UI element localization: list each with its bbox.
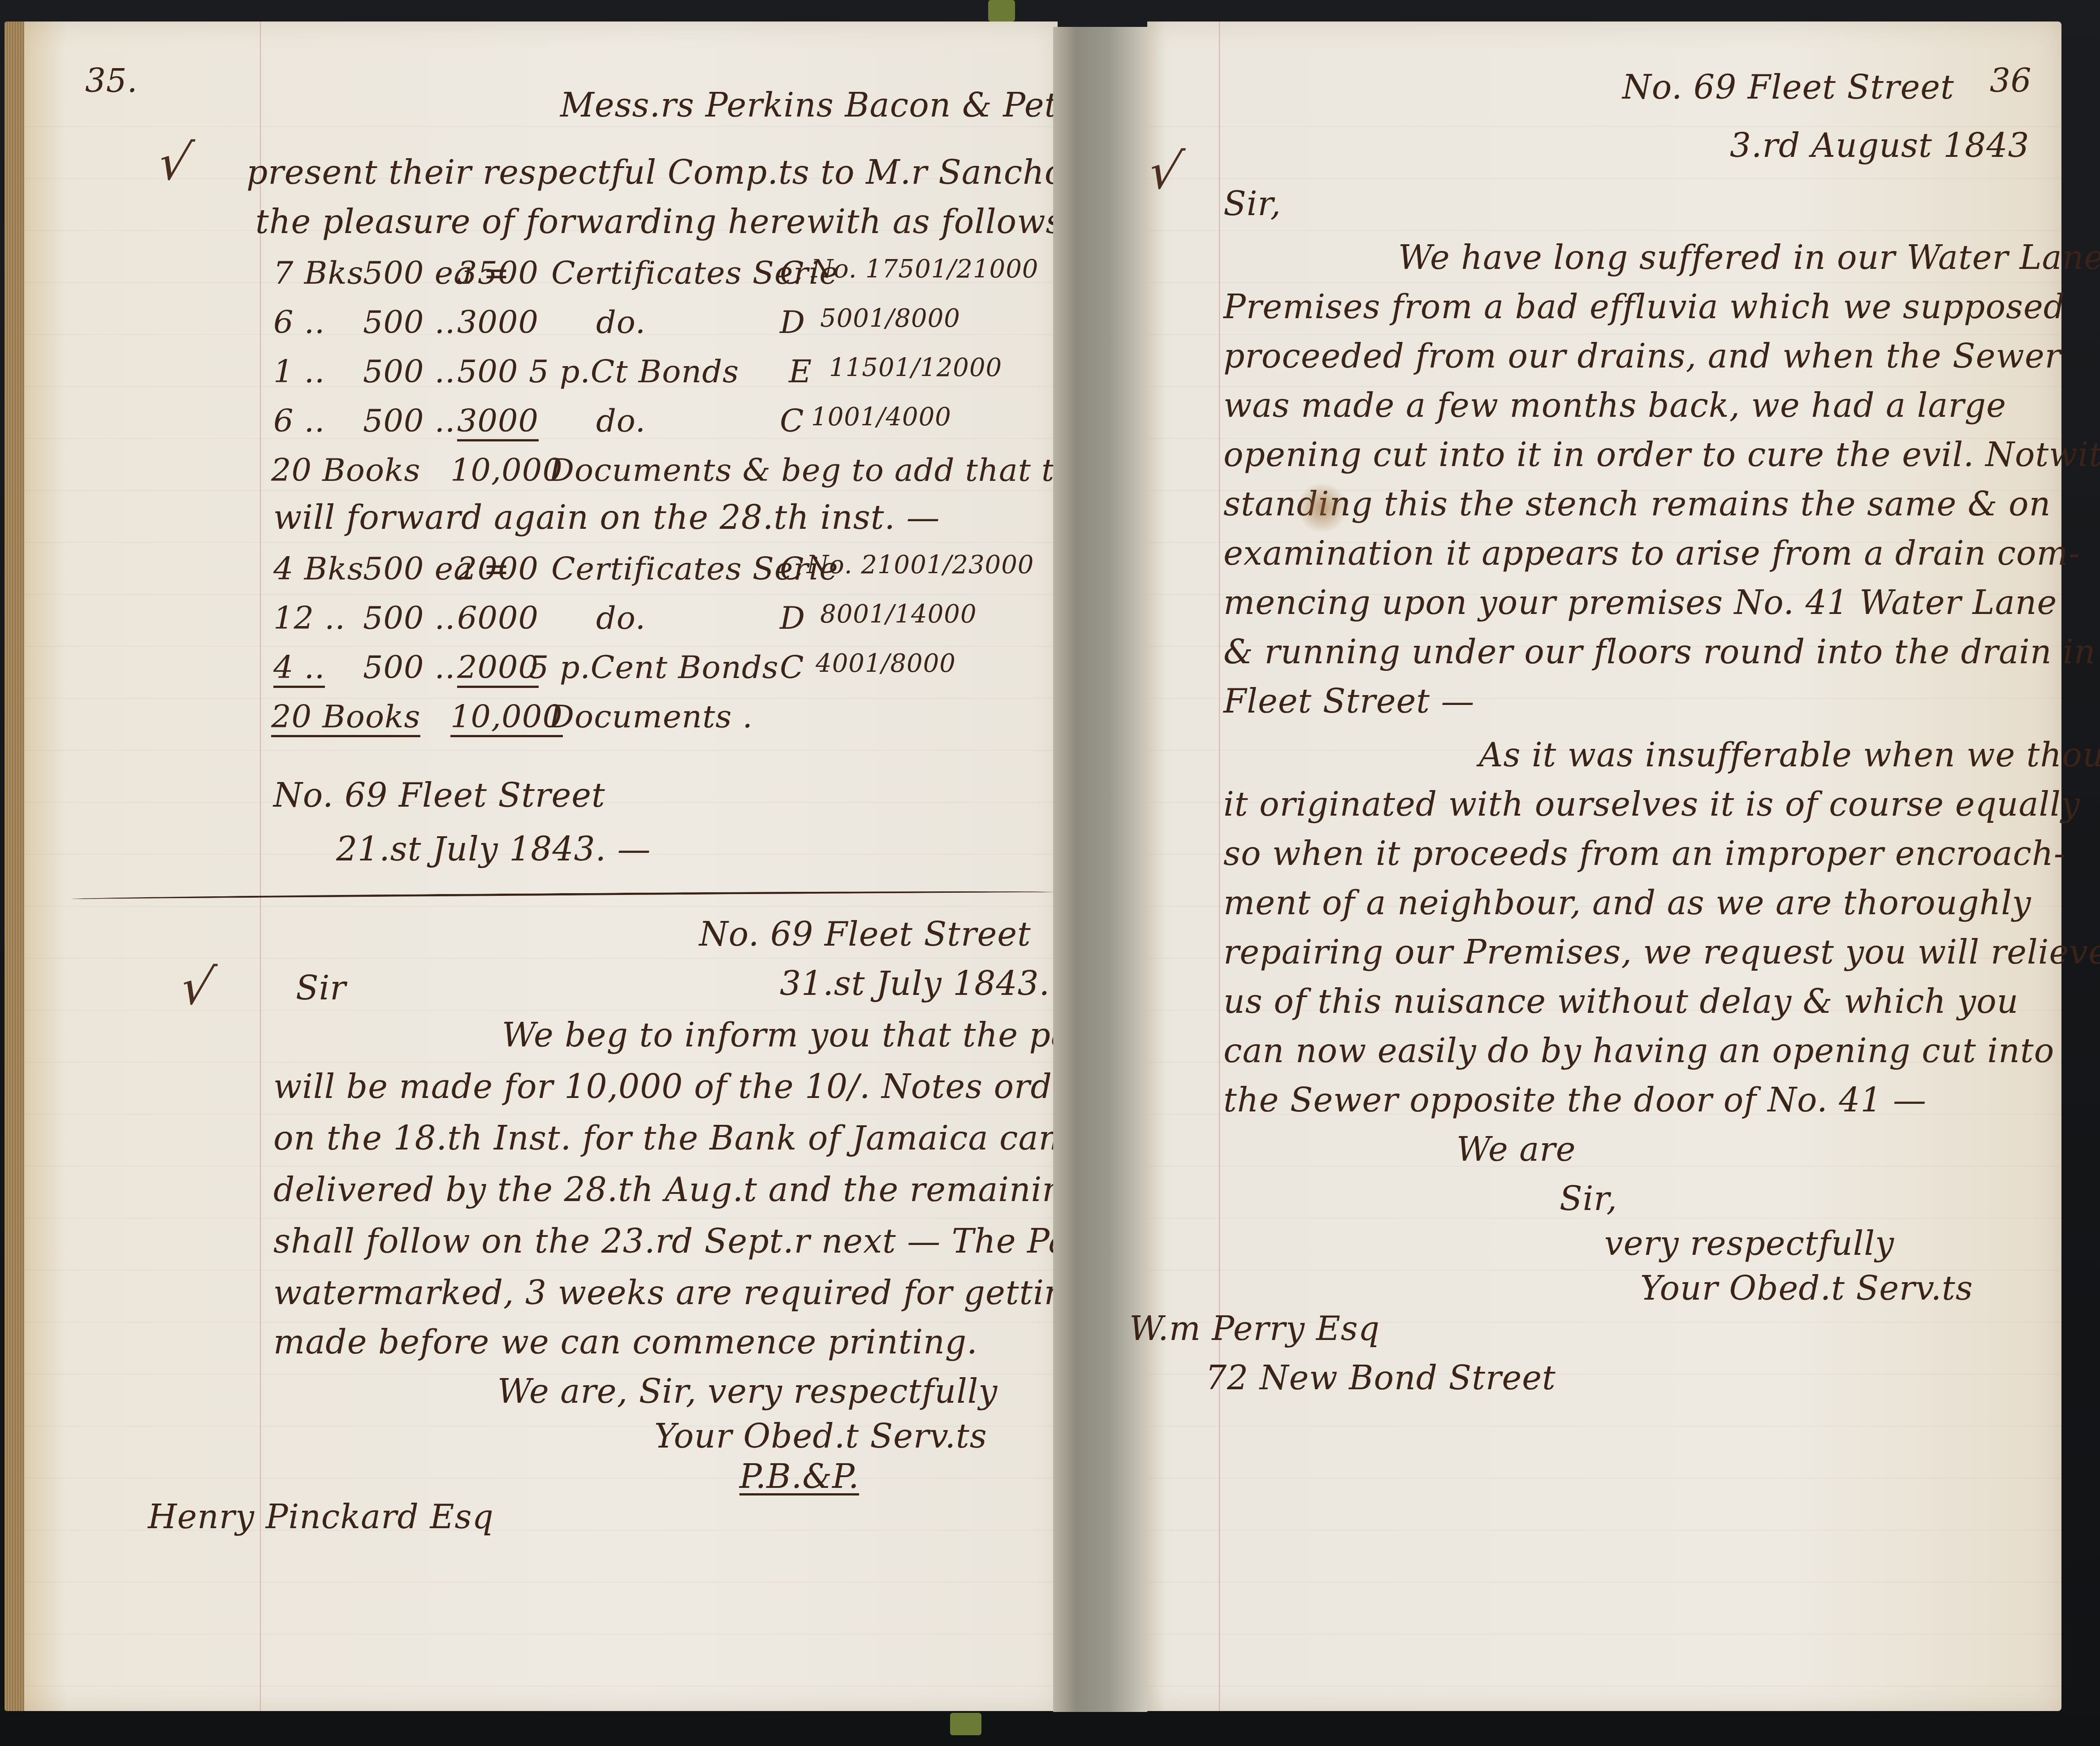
- each: 500 ..: [363, 649, 455, 686]
- body-line: us of this nuisance without delay & whic…: [1223, 985, 2019, 1018]
- margin-rule: [260, 22, 261, 1711]
- body-line: the Sewer opposite the door of No. 41 —: [1223, 1084, 1927, 1117]
- body-line: it originated with ourselves it is of co…: [1223, 788, 2080, 821]
- recipient: Henry Pinckard Esq: [148, 1500, 494, 1534]
- range: 4001/8000: [816, 649, 956, 678]
- margin-rule: [1219, 22, 1220, 1711]
- total: 2000: [457, 550, 539, 587]
- series: C: [780, 402, 804, 439]
- range: 11501/12000: [829, 353, 1002, 382]
- page-number: 36: [1990, 62, 2032, 99]
- body-line: proceeded from our drains, and when the …: [1223, 340, 2061, 373]
- desc: Documents .: [549, 698, 753, 735]
- body-line: Premises from a bad effluvia which we su…: [1223, 290, 2065, 324]
- date: 21.st July 1843. —: [336, 833, 651, 866]
- total: 2000: [457, 649, 539, 688]
- desc: do.: [596, 600, 646, 636]
- total: 500: [457, 353, 519, 390]
- page-edges: [4, 22, 24, 1711]
- closing: We are, Sir, very respectfully: [497, 1375, 998, 1408]
- salutation: Sir,: [1223, 187, 1281, 220]
- body-line: will forward again on the 28.th inst. —: [273, 501, 940, 534]
- recipient-address: 72 New Bond Street: [1206, 1361, 1556, 1395]
- each: 500 ..: [363, 402, 455, 439]
- each: 500 ..: [363, 600, 455, 636]
- qty: 4 Bks: [273, 550, 364, 587]
- address: No. 69 Fleet Street: [273, 779, 605, 812]
- body-line: the pleasure of forwarding herewith as f…: [255, 205, 1133, 238]
- series: D: [780, 600, 805, 636]
- desc: 5 p.Cent Bonds: [529, 649, 779, 686]
- qty: 4 ..: [273, 649, 325, 688]
- recipient: W.m Perry Esq: [1129, 1312, 1380, 1345]
- entry-heading: Mess.rs Perkins Bacon & Petch: [560, 89, 1099, 122]
- body-line: on the 18.th Inst. for the Bank of Jamai…: [273, 1122, 1113, 1155]
- desc: do.: [596, 304, 646, 341]
- closing: very respectfully: [1604, 1227, 1894, 1260]
- salutation: Sir: [296, 972, 346, 1005]
- range: 8001/14000: [820, 600, 977, 629]
- range: 1001/4000: [811, 402, 951, 432]
- series: C: [780, 550, 804, 587]
- range: No. 21001/23000: [807, 550, 1034, 579]
- ribbon-bookmark-bottom: [950, 1713, 981, 1735]
- body-line: mencing upon your premises No. 41 Water …: [1223, 586, 2057, 619]
- closing-servants: Your Obed.t Serv.ts: [654, 1420, 987, 1453]
- total: 3000: [457, 304, 539, 341]
- qty: 20 Books: [271, 452, 420, 488]
- ink-stain: [1295, 483, 1349, 532]
- qty: 6 ..: [273, 304, 325, 341]
- body-line: Fleet Street —: [1223, 685, 1475, 718]
- date: 31.st July 1843.: [780, 967, 1050, 1000]
- body-line: ment of a neighbour, and as we are thoro…: [1223, 886, 2031, 920]
- body-line: opening cut into it in order to cure the…: [1223, 438, 2100, 471]
- qty: 12 ..: [273, 600, 346, 636]
- ribbon-bookmark-top: [988, 0, 1015, 22]
- desc: Documents & beg to add that they: [549, 452, 1112, 488]
- each: 500 ..: [363, 304, 455, 341]
- page-number: 35.: [85, 62, 138, 99]
- qty: 20 Books: [271, 698, 420, 737]
- body-line: made before we can commence printing.: [273, 1326, 978, 1359]
- series: E: [789, 353, 812, 390]
- address: No. 69 Fleet Street: [1622, 71, 1954, 104]
- closing: Sir,: [1560, 1182, 1617, 1215]
- desc: 5 p.Ct Bonds: [529, 353, 739, 390]
- date: 3.rd August 1843: [1730, 129, 2030, 162]
- body-line: We have long suffered in our Water Lane: [1398, 241, 2100, 274]
- body-line: was made a few months back, we had a lar…: [1223, 389, 2006, 422]
- total: 10,000: [450, 698, 563, 737]
- body-line: examination it appears to arise from a d…: [1223, 537, 2080, 570]
- address: No. 69 Fleet Street: [699, 918, 1031, 951]
- body-line: can now easily do by having an opening c…: [1223, 1034, 2054, 1067]
- total: 10,000: [450, 452, 563, 488]
- body-line: We beg to inform you that the paper: [502, 1019, 1129, 1052]
- range: No. 17501/21000: [811, 255, 1039, 284]
- body-line: so when it proceeds from an improper enc…: [1223, 837, 2065, 870]
- closing-servants: Your Obed.t Serv.ts: [1640, 1272, 1973, 1305]
- signature: P.B.&P.: [739, 1460, 859, 1495]
- closing: We are: [1456, 1133, 1576, 1166]
- series: C: [780, 255, 804, 291]
- body-line: watermarked, 3 weeks are required for ge…: [273, 1276, 1123, 1309]
- qty: 6 ..: [273, 402, 325, 439]
- right-page: 36 No. 69 Fleet Street 3.rd August 1843 …: [1147, 22, 2061, 1711]
- qty: 1 ..: [273, 353, 325, 390]
- left-page: 35. Mess.rs Perkins Bacon & Petch √ pres…: [4, 22, 1058, 1711]
- total: 3500: [457, 255, 539, 291]
- each: 500 ..: [363, 353, 455, 390]
- total: 6000: [457, 600, 539, 636]
- series: C: [780, 649, 804, 686]
- book-gutter: [1053, 27, 1147, 1712]
- body-line: As it was insufferable when we thought: [1479, 739, 2100, 772]
- qty: 7 Bks: [273, 255, 364, 291]
- series: D: [780, 304, 805, 341]
- total: 3000: [457, 402, 539, 441]
- range: 5001/8000: [820, 304, 960, 333]
- body-line: repairing our Premises, we request you w…: [1223, 936, 2100, 969]
- desc: do.: [596, 402, 646, 439]
- body-line: & running under our floors round into th…: [1223, 635, 2096, 669]
